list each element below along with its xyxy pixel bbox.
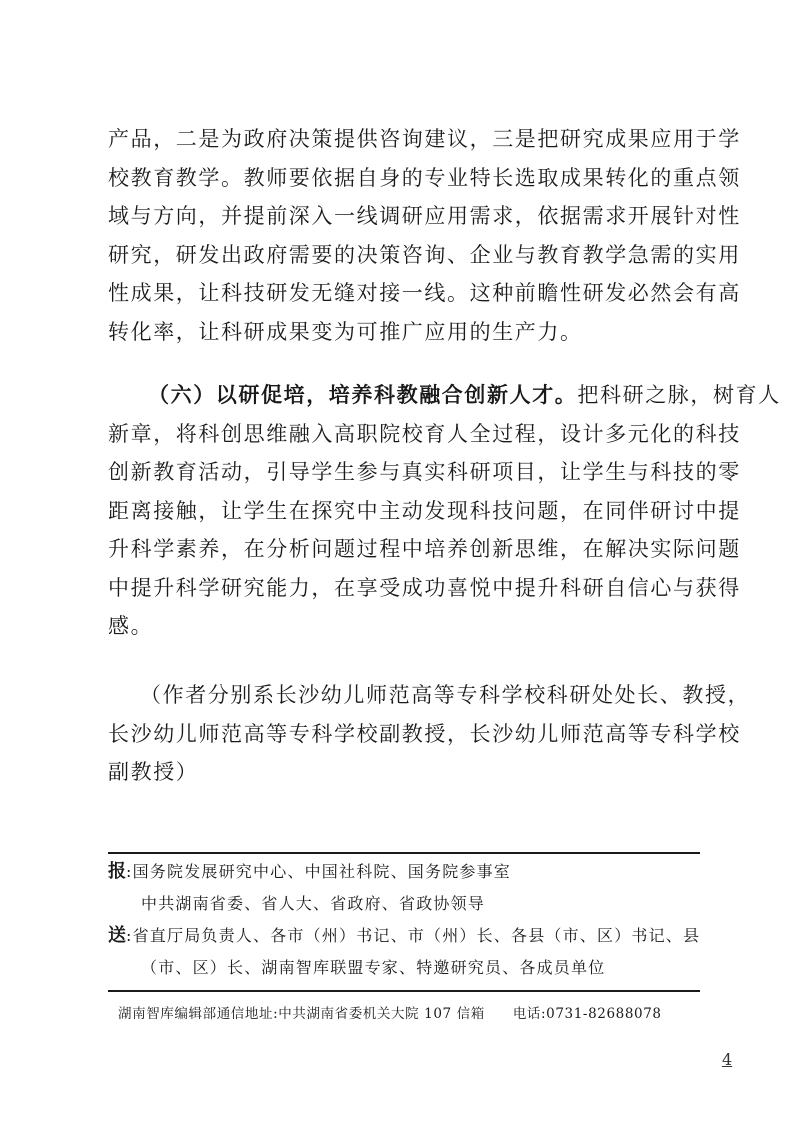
text-line: 产品，二是为政府决策提供咨询建议，三是把研究成果应用于学 xyxy=(108,120,698,159)
footer-address: 湖南智库编辑部通信地址:中共湖南省委机关大院 107 信箱 xyxy=(118,1006,485,1022)
send-row: 送:省直厅局负责人、各市（州）书记、市（州）长、各县（市、区）书记、县 xyxy=(108,920,708,952)
text-line: （作者分别系长沙幼儿师范高等专科学校科研处处长、教授， xyxy=(108,676,698,715)
text-line: 感。 xyxy=(108,607,698,646)
page-number: 4 xyxy=(722,1050,732,1069)
text-line: 性成果，让科技研发无缝对接一线。这种前瞻性研发必然会有高 xyxy=(108,274,698,313)
author-note: （作者分别系长沙幼儿师范高等专科学校科研处处长、教授， 长沙幼儿师范高等专科学校… xyxy=(108,676,698,792)
body-paragraph-continued: 产品，二是为政府决策提供咨询建议，三是把研究成果应用于学 校教育教学。教师要依据… xyxy=(108,120,698,351)
text-line: 校教育教学。教师要依据自身的专业特长选取成果转化的重点领 xyxy=(108,159,698,198)
label-colon: : xyxy=(126,926,133,945)
text-line: 长沙幼儿师范高等专科学校副教授，长沙幼儿师范高等专科学校 xyxy=(108,715,698,754)
section-six: （六）以研促培，培养科教融合创新人才。把科研之脉，树育人 新章，将科创思维融入高… xyxy=(108,376,698,646)
text-line: 中提升科学研究能力，在享受成功喜悦中提升科研自信心与获得 xyxy=(108,569,698,608)
report-label: 报 xyxy=(108,861,126,882)
send-recipients: 省直厅局负责人、各市（州）书记、市（州）长、各县（市、区）书记、县 xyxy=(133,926,701,945)
text-line: 转化率，让科研成果变为可推广应用的生产力。 xyxy=(108,313,698,352)
text-line: 创新教育活动，引导学生参与真实科研项目，让学生与科技的零 xyxy=(108,453,698,492)
divider-top xyxy=(108,852,700,854)
send-label: 送 xyxy=(108,925,126,946)
report-recipients-continued: 中共湖南省委、省人大、省政府、省政协领导 xyxy=(108,888,708,920)
text-line: 域与方向，并提前深入一线调研应用需求，依据需求开展针对性 xyxy=(108,197,698,236)
section-text: 把科研之脉，树育人 xyxy=(577,383,780,407)
label-colon: : xyxy=(126,862,133,881)
text-line: 升科学素养，在分析问题过程中培养创新思维，在解决实际问题 xyxy=(108,530,698,569)
text-line: 副教授） xyxy=(108,753,698,792)
section-first-line: （六）以研促培，培养科教融合创新人才。把科研之脉，树育人 xyxy=(108,376,698,415)
send-recipients-continued: （市、区）长、湖南智库联盟专家、特邀研究员、各成员单位 xyxy=(108,952,708,984)
text-line: 新章，将科创思维融入高职院校育人全过程，设计多元化的科技 xyxy=(108,415,698,454)
report-row: 报:国务院发展研究中心、中国社科院、国务院参事室 xyxy=(108,856,708,888)
text-line: 研究，研发出政府需要的决策咨询、企业与教育教学急需的实用 xyxy=(108,236,698,275)
distribution-block: 报:国务院发展研究中心、中国社科院、国务院参事室 中共湖南省委、省人大、省政府、… xyxy=(108,856,708,984)
footer-phone: 电话:0731-82688078 xyxy=(513,1006,662,1022)
divider-bottom xyxy=(108,990,700,992)
text-line: 距离接触，让学生在探究中主动发现科技问题，在同伴研讨中提 xyxy=(108,492,698,531)
footer: 湖南智库编辑部通信地址:中共湖南省委机关大院 107 信箱电话:0731-826… xyxy=(118,1002,662,1022)
section-heading: （六）以研促培，培养科教融合创新人才。 xyxy=(148,382,577,407)
report-recipients: 国务院发展研究中心、中国社科院、国务院参事室 xyxy=(133,862,511,881)
